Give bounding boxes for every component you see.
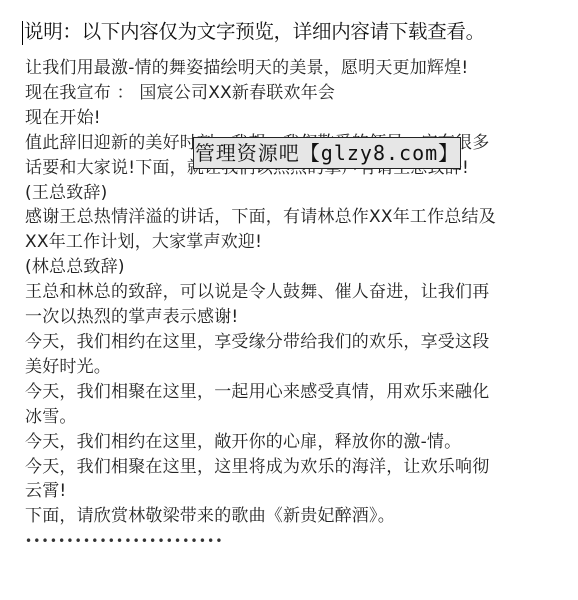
doc-line: 美好时光。 bbox=[25, 355, 555, 380]
doc-line: 今天，我们相聚在这里，这里将成为欢乐的海洋，让欢乐响彻 bbox=[25, 455, 555, 480]
doc-line: 王总和林总的致辞，可以说是令人鼓舞、催人奋进，让我们再 bbox=[25, 280, 555, 305]
doc-line: 今天，我们相约在这里，享受缘分带给我们的欢乐，享受这段 bbox=[25, 330, 555, 355]
doc-line: (林总总致辞) bbox=[25, 255, 555, 280]
doc-line: 云霄! bbox=[25, 479, 555, 504]
document-body: 让我们用最激-情的舞姿描绘明天的美景，愿明天更加辉煌! 现在我宣布 ： 国宸公司… bbox=[25, 56, 555, 529]
doc-line: XX年工作计划，大家掌声欢迎! bbox=[25, 230, 555, 255]
text-cursor bbox=[22, 21, 23, 45]
doc-line: 现在开始! bbox=[25, 106, 555, 131]
doc-line: 感谢王总热情洋溢的讲话，下面，有请林总作XX年工作总结及 bbox=[25, 205, 555, 230]
doc-line: 一次以热烈的掌声表示感谢! bbox=[25, 305, 555, 330]
doc-line: 今天，我们相聚在这里，一起用心来感受真情，用欢乐来融化 bbox=[25, 380, 555, 405]
doc-line: (王总致辞) bbox=[25, 181, 555, 206]
preview-notice-text: 说明：以下内容仅为文字预览，详细内容请下载查看。 bbox=[24, 20, 485, 43]
doc-line: 现在我宣布 ： 国宸公司XX新春联欢年会 bbox=[25, 81, 555, 106]
truncation-ellipsis: •••••••••••••••••••••••• bbox=[25, 534, 224, 548]
watermark-banner: 管理资源吧【glzy8.com】 bbox=[193, 137, 461, 169]
doc-line: 冰雪。 bbox=[25, 405, 555, 430]
doc-line: 让我们用最激-情的舞姿描绘明天的美景，愿明天更加辉煌! bbox=[25, 56, 555, 81]
doc-line: 下面，请欣赏林敬梁带来的歌曲《新贵妃醉酒》。 bbox=[25, 504, 555, 529]
doc-line: 今天，我们相约在这里，敞开你的心扉，释放你的激-情。 bbox=[25, 430, 555, 455]
preview-notice: 说明：以下内容仅为文字预览，详细内容请下载查看。 bbox=[22, 18, 485, 46]
